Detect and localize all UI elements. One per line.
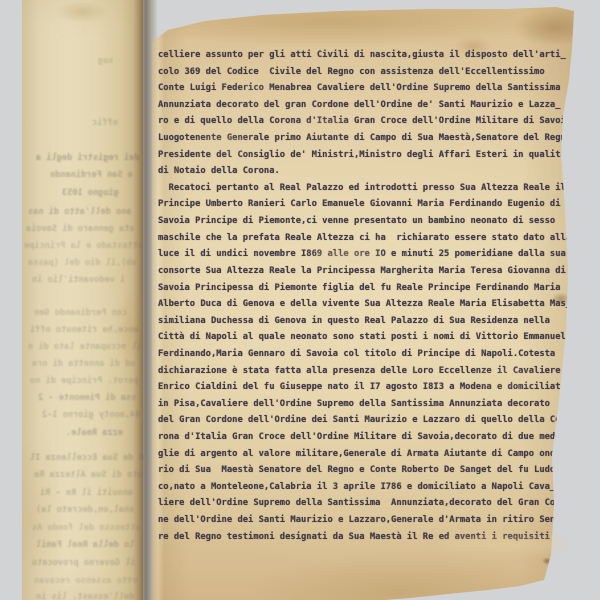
typed-line: ro e di quello della Corona d'Italia Gra…: [158, 113, 572, 130]
bleedthrough-line: offic: [92, 118, 118, 128]
ink-fade-patch: [476, 372, 536, 384]
previous-page-leaf: sugofficdei registri degli ae San Ferdin…: [22, 0, 143, 600]
ink-fade-patch: [196, 138, 256, 150]
bleedthrough-line: ata gennaro di Savoia: [26, 224, 135, 234]
bleedthrough-layer: sugofficdei registri degli ae San Ferdin…: [22, 0, 143, 600]
typed-line: Principe Umberto Ranieri Carlo Emanuele …: [158, 196, 572, 213]
bleedthrough-line: giugno 1053: [62, 188, 119, 198]
typed-line: liere dell'Ordine Supremo della Santissi…: [158, 495, 572, 512]
bleedthrough-line: ance,ha ritenuto offi: [30, 325, 139, 335]
bleedthrough-line: attestado e la Principe: [24, 241, 143, 251]
bleedthrough-line: ssa di Piemonte - 2: [38, 393, 136, 403]
typed-line: Recatoci pertanto al Real Palazzo ed int…: [158, 180, 572, 197]
typed-line: Alberto Duca di Genova e della vivente S…: [158, 296, 572, 313]
typed-line: Città di Napoli al quale neonato sono st…: [158, 329, 572, 346]
bleedthrough-line: i vedovanti'lio in: [32, 275, 125, 285]
typed-line: in Pisa,Cavaliere dell'Ordine Supremo de…: [158, 396, 572, 413]
typed-line: celliere assunto per gli atti Civili di …: [158, 47, 572, 64]
bleedthrough-line: lo della Real Famil: [36, 540, 134, 550]
photo-of-bound-document: sugofficdei registri degli ae San Ferdin…: [0, 0, 600, 600]
typed-line: Conte Luigi Federico Menabrea Cavaliere …: [158, 80, 572, 97]
typed-line: Ferdinando,Maria Gennaro di Savoia col t…: [158, 346, 572, 363]
typed-line: Savoia Principe di Piemonte,ci venne pre…: [158, 213, 572, 230]
typed-text-block: celliere assunto per gli atti Civili di …: [158, 47, 572, 545]
bleedthrough-line: il Governo provocato: [32, 558, 135, 568]
typed-line: Annunziata decorato del gran Cordone del…: [158, 97, 572, 114]
bleedthrough-line: dei registri degli a: [36, 153, 139, 163]
bleedthrough-line: sug: [98, 56, 114, 66]
bleedthrough-line: e San Ferdinando: [50, 170, 133, 180]
typed-line: ne dell'Ordine dei Santi Maurizio e Lazz…: [158, 512, 572, 529]
bleedthrough-line: anal,on,decreto la): [36, 505, 134, 515]
typed-line: del Gran Cordone dell'Ordine dei Santi M…: [158, 412, 572, 429]
typed-line: rio di Sua Maestà Senatore del Regno e C…: [158, 462, 572, 479]
bleedthrough-line: dall'essast. lis in: [36, 592, 134, 600]
ink-fade-patch: [300, 120, 350, 132]
ink-fade-patch: [236, 88, 278, 98]
bleedthrough-line: 44,monty giorno 1-2: [42, 410, 140, 420]
page-gutter-shadow: [133, 0, 158, 600]
typed-line: similiana Duchessa di Genova in questo R…: [158, 313, 572, 330]
bleedthrough-line: ano dell'atto di nas: [28, 207, 131, 217]
bleedthrough-line: con Ferdinando Gen: [34, 308, 127, 318]
typed-line: Savoia Principessa di Piemonte figlia de…: [158, 280, 572, 297]
bleedthrough-line: annuiti il Re - Ri: [40, 488, 133, 498]
typed-line: maschile che la prefata Reale Altezza ci…: [158, 230, 572, 247]
typed-line: consorte Sua Altezza Reale la Principess…: [158, 263, 572, 280]
ink-fade-patch: [310, 250, 384, 262]
typed-line: rona d'Italia Gran Croce dell'Ordine Mil…: [158, 429, 572, 446]
ink-fade-patch: [440, 538, 565, 552]
typed-line: co,nato a Monteleone,Calabria il 3 april…: [158, 479, 572, 496]
bleedthrough-line: il occupante lato di n: [28, 342, 142, 352]
typed-line: colo 369 del Codice Civile del Regno con…: [158, 64, 572, 81]
bleedthrough-line: ezza Reale.: [66, 428, 123, 438]
bleedthrough-line: ad di annetta di ora: [32, 359, 135, 369]
bleedthrough-line: ottensso del fondo As: [32, 523, 141, 533]
bleedthrough-line: oto di Sua Altezza Re: [34, 470, 143, 480]
typed-line: di Notaio della Corona.: [158, 163, 572, 180]
bleedthrough-line: d de Sua Eccellenza Il: [30, 453, 144, 463]
bleedthrough-line: otto assenso recavan: [34, 576, 137, 586]
bleedthrough-line: ab),il dio del (passa: [28, 258, 137, 268]
typed-line: glie di argento al valore militare,Gener…: [158, 446, 572, 463]
bleedthrough-line: perot. Principe di no: [30, 376, 139, 386]
